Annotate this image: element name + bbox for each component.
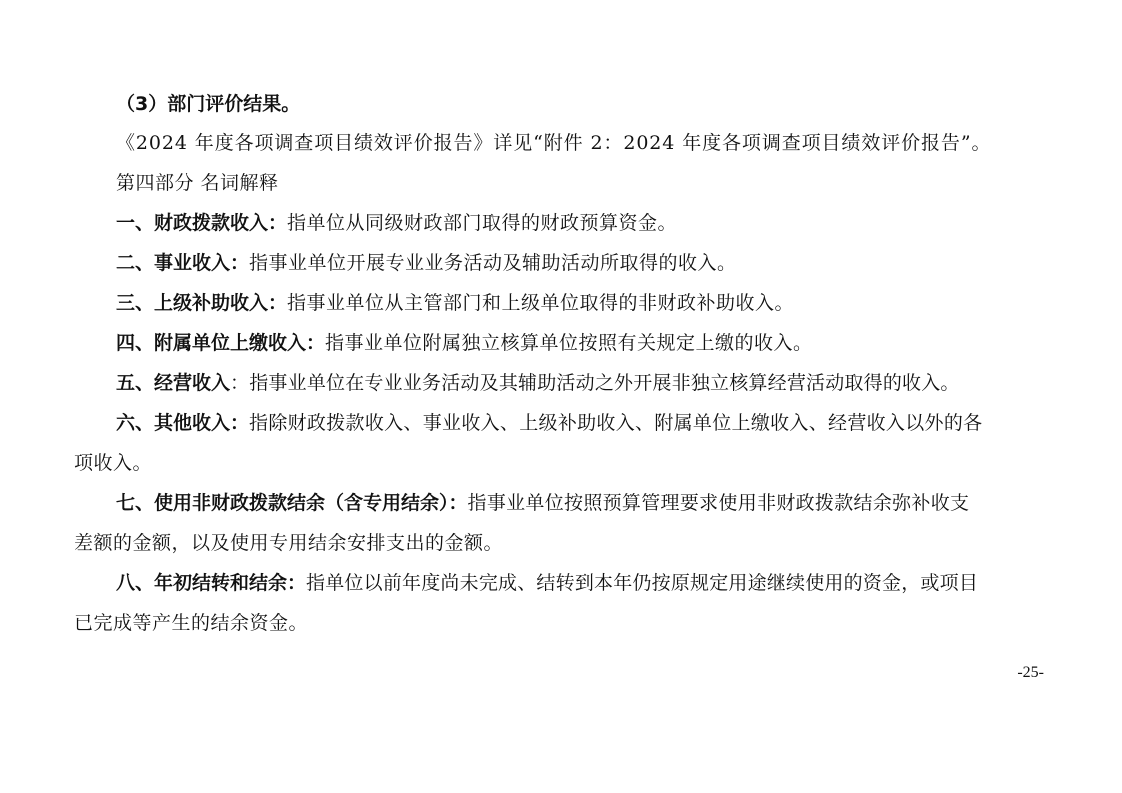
term-definition: 指事业单位从主管部门和上级单位取得的非财政补助收入。 [287,292,794,314]
term-item-7: 七、使用非财政拨款结余（含专用结余）：指事业单位按照预算管理要求使用非财政拨款结… [116,491,969,515]
term-label: 二、事业收入： [116,252,249,274]
term-label: 八、年初结转和结余： [116,572,306,594]
section-text: 《2024 年度各项调查项目绩效评价报告》详见“附件 2：2024 年度各项调查… [116,131,991,155]
term-definition: 指单位从同级财政部门取得的财政预算资金。 [287,212,677,234]
section-heading: （3）部门评价结果。 [116,92,300,116]
part-title: 第四部分 名词解释 [116,171,279,195]
page-number: -25- [1017,664,1044,682]
term-item-6-cont: 项收入。 [74,451,152,475]
term-definition: 指单位以前年度尚未完成、结转到本年仍按原规定用途继续使用的资金，或项目 [306,572,978,594]
term-definition: ：指事业单位在专业业务活动及其辅助活动之外开展非独立核算经营活动取得的收入。 [230,372,960,394]
term-item-3: 三、上级补助收入：指事业单位从主管部门和上级单位取得的非财政补助收入。 [116,291,794,315]
term-label: 六、其他收入： [116,412,249,434]
term-label: 三、上级补助收入： [116,292,287,314]
term-item-6: 六、其他收入：指除财政拨款收入、事业收入、上级补助收入、附属单位上缴收入、经营收… [116,411,982,435]
term-item-4: 四、附属单位上缴收入：指事业单位附属独立核算单位按照有关规定上缴的收入。 [116,331,813,355]
term-item-1: 一、财政拨款收入：指单位从同级财政部门取得的财政预算资金。 [116,211,677,235]
term-label: 五、经营收入 [116,372,230,394]
term-label: 四、附属单位上缴收入： [116,332,325,354]
term-item-2: 二、事业收入：指事业单位开展专业业务活动及辅助活动所取得的收入。 [116,251,737,275]
term-item-7-cont: 差额的金额，以及使用专用结余安排支出的金额。 [74,531,503,555]
term-definition: 指事业单位附属独立核算单位按照有关规定上缴的收入。 [325,332,813,354]
term-item-5: 五、经营收入：指事业单位在专业业务活动及其辅助活动之外开展非独立核算经营活动取得… [116,371,960,395]
term-definition: 指除财政拨款收入、事业收入、上级补助收入、附属单位上缴收入、经营收入以外的各 [249,412,982,434]
term-item-8: 八、年初结转和结余：指单位以前年度尚未完成、结转到本年仍按原规定用途继续使用的资… [116,571,978,595]
term-definition: 指事业单位开展专业业务活动及辅助活动所取得的收入。 [249,252,737,274]
term-item-8-cont: 已完成等产生的结余资金。 [74,611,308,635]
term-label: 七、使用非财政拨款结余（含专用结余）： [116,492,468,514]
term-label: 一、财政拨款收入： [116,212,287,234]
term-definition: 指事业单位按照预算管理要求使用非财政拨款结余弥补收支 [468,492,970,514]
